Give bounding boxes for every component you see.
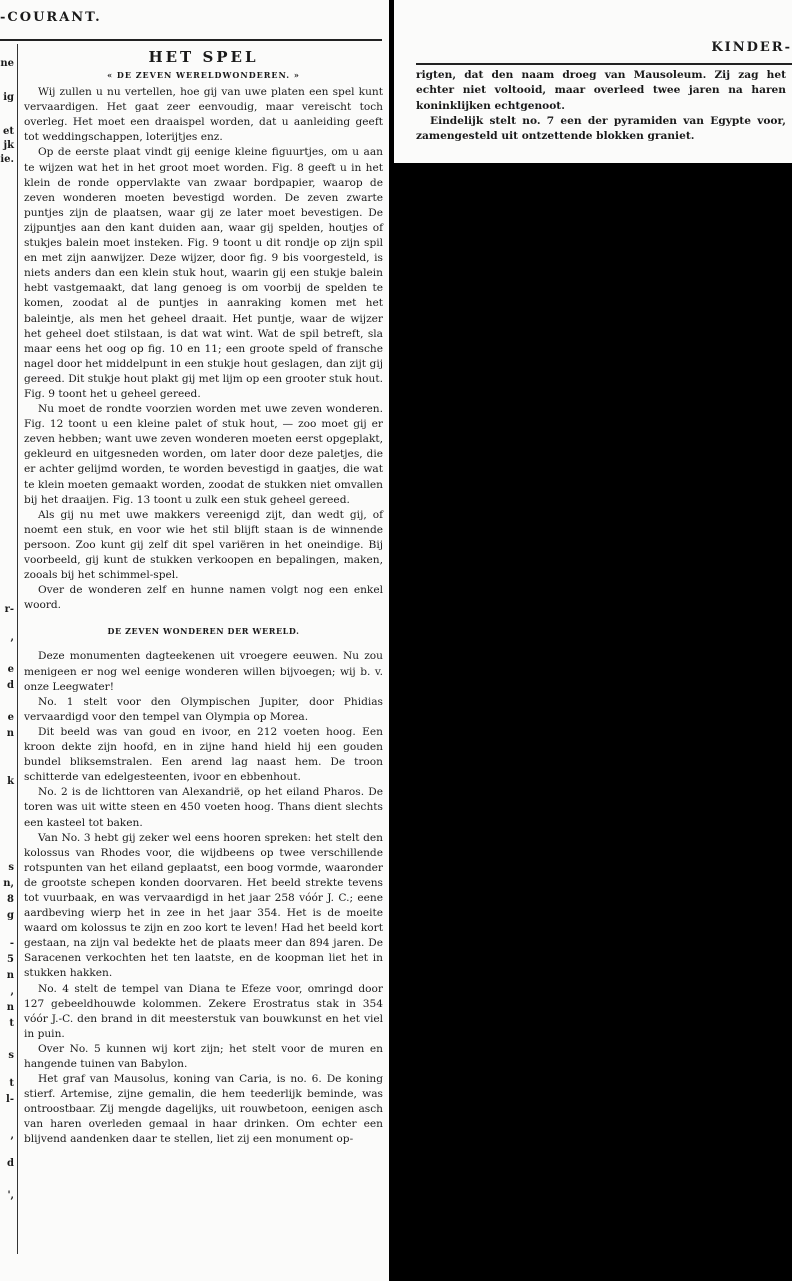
gutter-fragment: r- <box>5 604 14 615</box>
gutter-fragment: ', <box>7 1190 14 1201</box>
gutter-fragment: t <box>9 1078 14 1089</box>
article-body: Wij zullen u nu vertellen, hoe gij van u… <box>24 85 383 613</box>
gutter-fragment: g <box>7 910 14 921</box>
running-head-right: KINDER- <box>711 40 792 55</box>
section-heading: DE ZEVEN WONDEREN DER WERELD. <box>24 624 383 639</box>
paragraph: Wij zullen u nu vertellen, hoe gij van u… <box>24 85 383 145</box>
right-page-body: rigten, dat den naam droeg van Mausoleum… <box>416 68 786 144</box>
paragraph: Als gij nu met uwe makkers vereenigd zij… <box>24 508 383 583</box>
gutter-fragment: n <box>7 1002 14 1013</box>
gutter-fragment: , <box>11 632 14 643</box>
running-head-left: -COURANT. <box>0 10 102 25</box>
gutter-fragment: n <box>7 970 14 981</box>
gutter-fragment: 5 <box>7 954 14 965</box>
article-title: HET SPEL <box>24 48 383 66</box>
section-body: Deze monumenten dagteekenen uit vroegere… <box>24 649 383 1147</box>
gutter-fragment: ig <box>3 92 14 103</box>
gutter-fragment: , <box>11 1130 14 1141</box>
gutter-fragment: n <box>7 728 14 739</box>
gutter-fragment: t <box>9 1018 14 1029</box>
gutter-fragment: 8 <box>7 894 14 905</box>
gutter-fragment: e <box>8 712 14 723</box>
gutter-fragment: e <box>8 664 14 675</box>
paragraph: Het graf van Mausolus, koning van Caria,… <box>24 1072 383 1147</box>
left-page: -COURANT. neigetjkie.r-,edenksn,8g-5n,nt… <box>0 0 389 1281</box>
paragraph: No. 4 stelt de tempel van Diana te Efeze… <box>24 982 383 1042</box>
paragraph: Op de eerste plaat vindt gij eenige klei… <box>24 145 383 402</box>
article: HET SPEL « DE ZEVEN WERELDWONDEREN. » Wi… <box>24 48 383 1148</box>
header-rule-right <box>416 63 792 65</box>
paragraph: Eindelijk stelt no. 7 een der pyramiden … <box>416 114 786 145</box>
paragraph: No. 2 is de lichttoren van Alexandrië, o… <box>24 785 383 830</box>
paragraph: Over de wonderen zelf en hunne namen vol… <box>24 583 383 613</box>
gutter-fragment: l- <box>6 1094 14 1105</box>
scan-border <box>389 0 394 1281</box>
column-rule <box>17 44 18 1254</box>
gutter-fragment: s <box>8 1050 14 1061</box>
paragraph: Deze monumenten dagteekenen uit vroegere… <box>24 649 383 694</box>
gutter-fragment: ie. <box>0 154 14 165</box>
article-subtitle: « DE ZEVEN WERELDWONDEREN. » <box>24 68 383 83</box>
gutter-fragment: d <box>7 1158 14 1169</box>
paragraph: No. 1 stelt voor den Olympischen Jupiter… <box>24 695 383 725</box>
gutter-fragment: jk <box>3 140 14 151</box>
gutter-fragment: - <box>10 938 14 949</box>
gutter-fragment: s <box>8 862 14 873</box>
paragraph: rigten, dat den naam droeg van Mausoleum… <box>416 68 786 114</box>
header-rule <box>0 39 382 41</box>
gutter-fragment: , <box>11 986 14 997</box>
right-page: KINDER- rigten, dat den naam droeg van M… <box>394 0 792 163</box>
paragraph: Van No. 3 hebt gij zeker wel eens hooren… <box>24 831 383 982</box>
gutter-fragment: d <box>7 680 14 691</box>
gutter-fragment: ne <box>0 58 14 69</box>
paragraph: Over No. 5 kunnen wij kort zijn; het ste… <box>24 1042 383 1072</box>
paragraph: Nu moet de rondte voorzien worden met uw… <box>24 402 383 508</box>
gutter-fragment: et <box>3 126 14 137</box>
gutter-fragment: k <box>7 776 14 787</box>
paragraph: Dit beeld was van goud en ivoor, en 212 … <box>24 725 383 785</box>
gutter-fragment: n, <box>3 878 14 889</box>
